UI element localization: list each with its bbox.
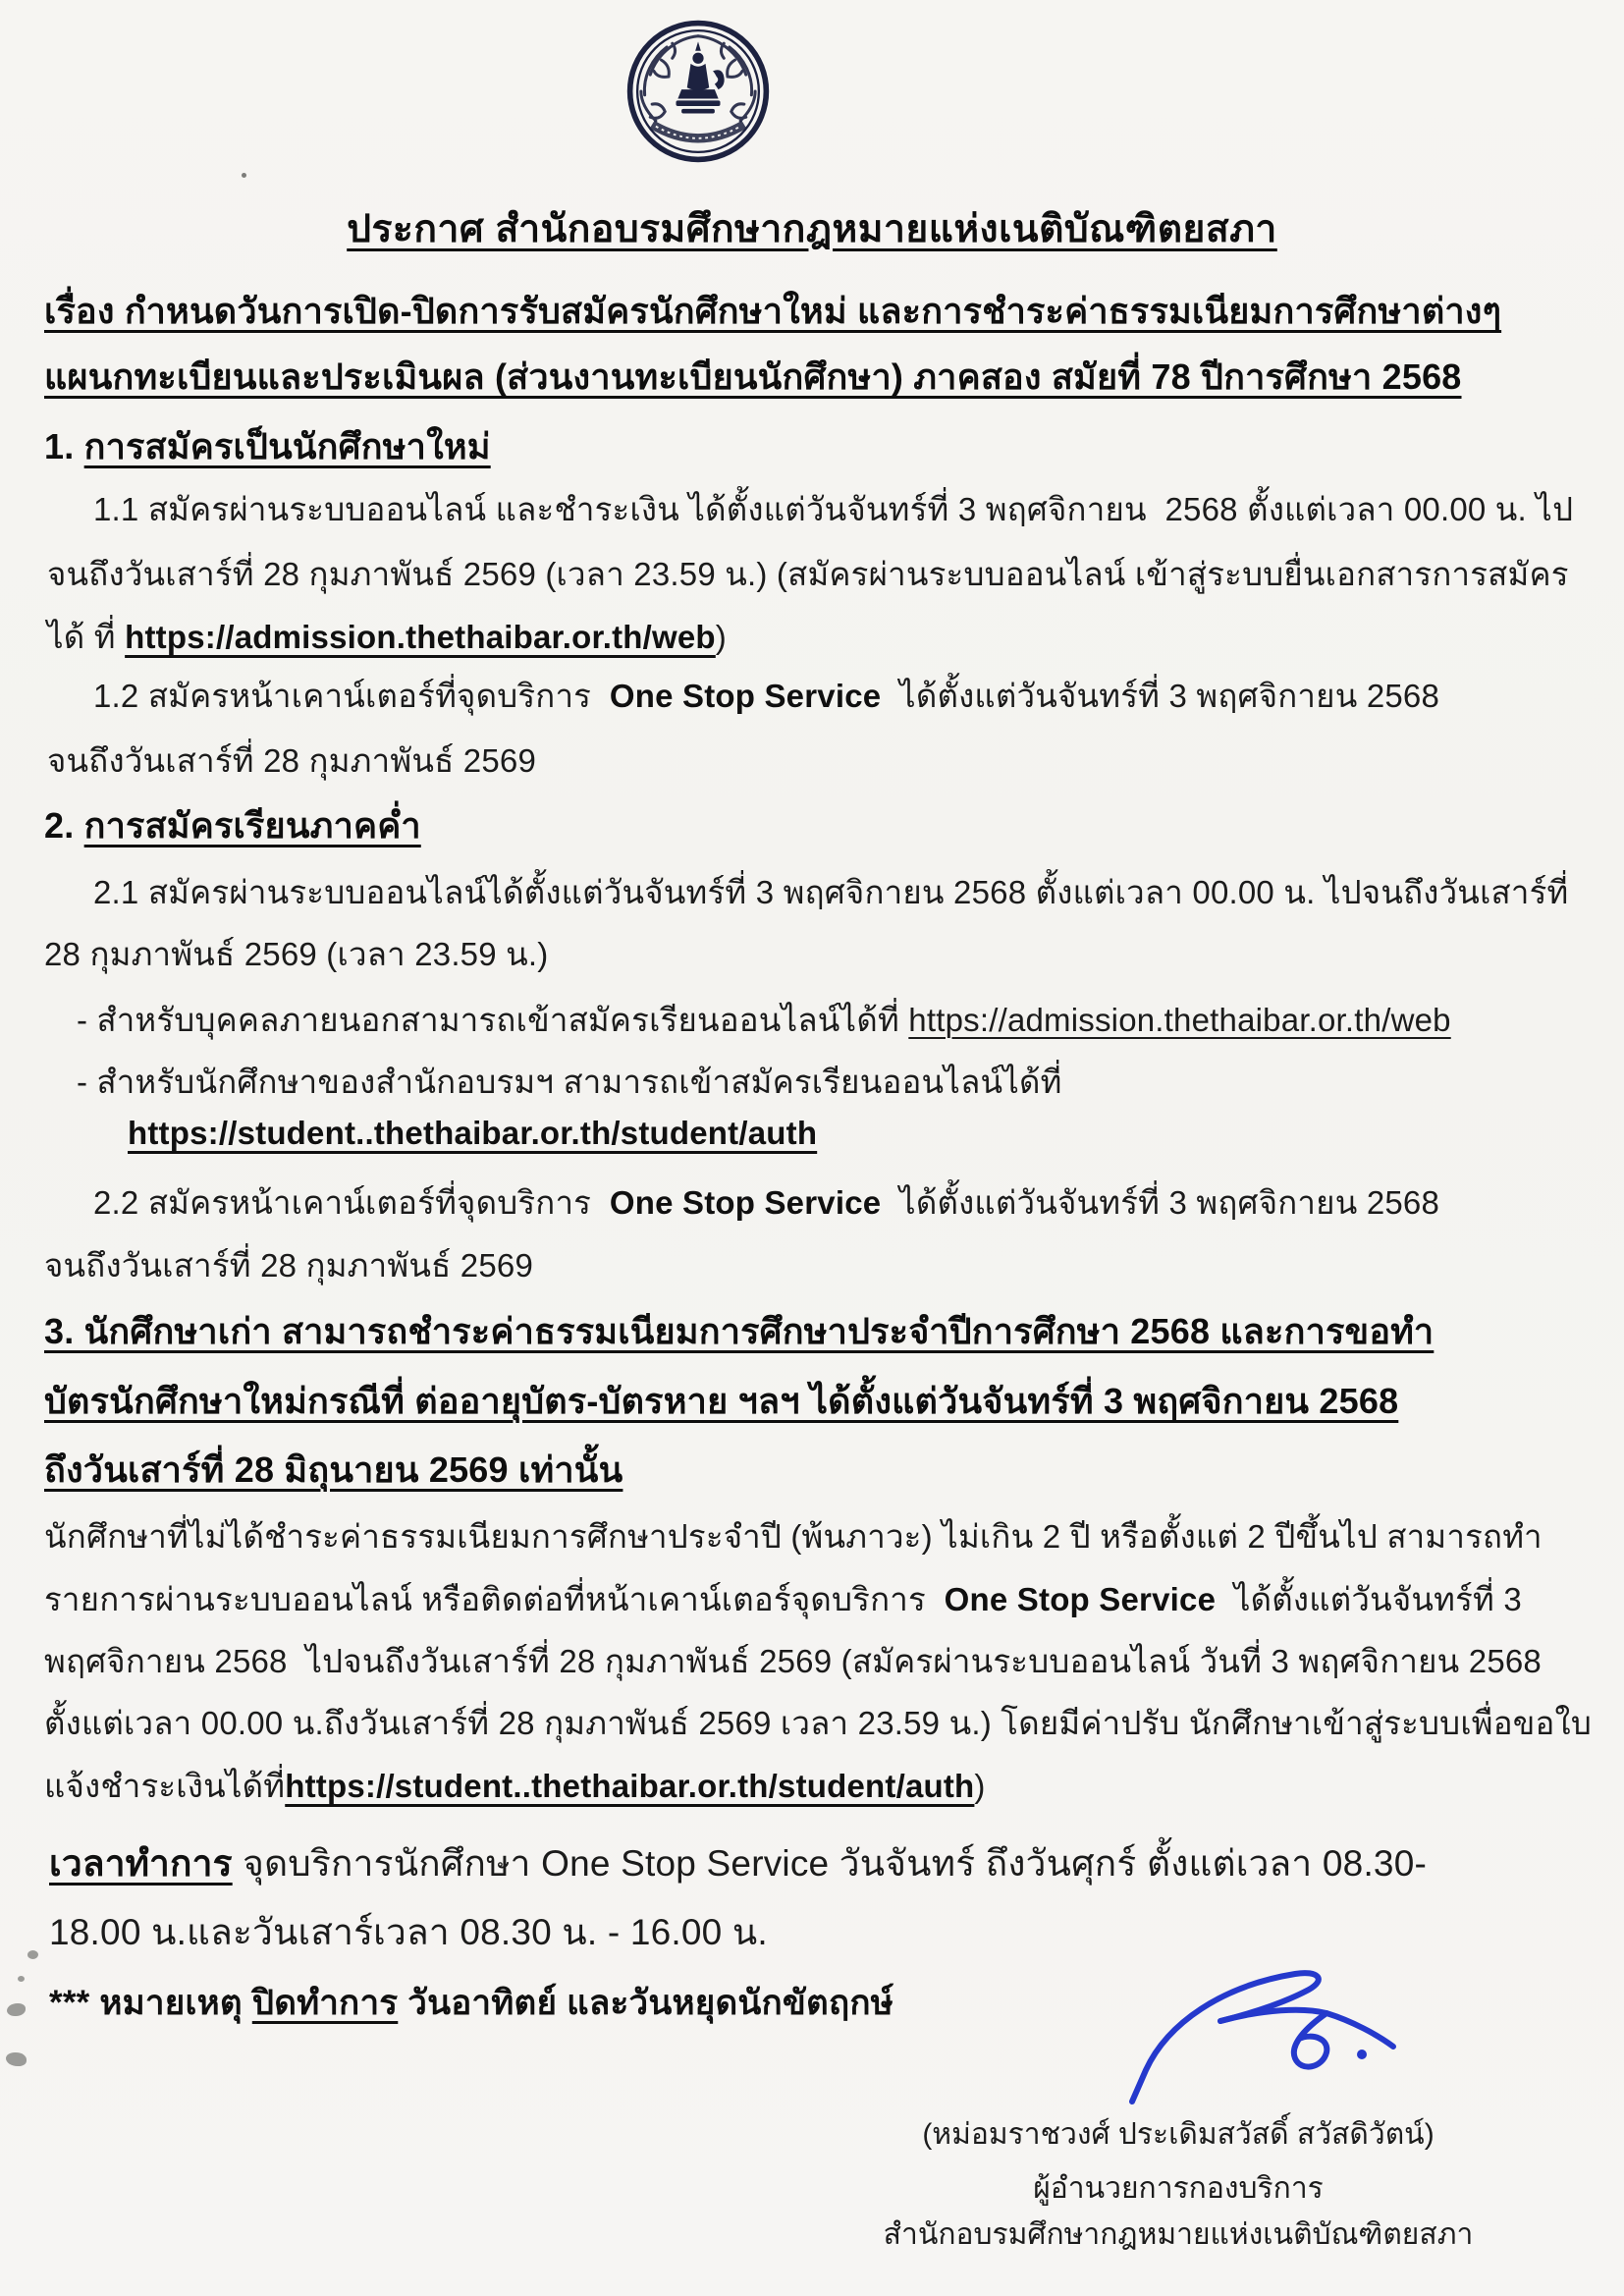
admission-url-link-2: https://admission.thethaibar.or.th/web bbox=[908, 1002, 1450, 1038]
fees-line-5-prefix: แจ้งชำระเงินได้ที่ bbox=[44, 1768, 285, 1804]
scanned-announcement-page: ประกาศ สำนักอบรมศึกษากฎหมายแห่งเนติบัณฑิ… bbox=[0, 0, 1624, 2296]
scan-speck bbox=[242, 173, 246, 178]
internal-student-line: - สำหรับนักศึกษาของสำนักอบรมฯ สามารถเข้า… bbox=[77, 1056, 1062, 1108]
clause-1-1-line-3-suffix: ) bbox=[716, 619, 727, 655]
announcement-title: ประกาศ สำนักอบรมศึกษากฎหมายแห่งเนติบัณฑิ… bbox=[0, 198, 1624, 259]
clause-1-2-line-1: 1.2 สมัครหน้าเคาน์เตอร์ที่จุดบริการ One … bbox=[93, 670, 1439, 722]
clause-2-2-prefix: 2.2 สมัครหน้าเคาน์เตอร์ที่จุดบริการ bbox=[93, 1184, 610, 1221]
clause-1-2-line-2: จนถึงวันเสาร์ที่ 28 กุมภาพันธ์ 2569 bbox=[47, 735, 536, 787]
signer-name: (หม่อมราชวงศ์ ประเดิมสวัสดิ์ สวัสดิวัตน์… bbox=[746, 2111, 1610, 2158]
fees-paragraph-line-2: รายการผ่านระบบออนไลน์ หรือติดต่อที่หน้าเ… bbox=[44, 1573, 1522, 1625]
clause-2-2-line-2: จนถึงวันเสาร์ที่ 28 กุมภาพันธ์ 2569 bbox=[44, 1239, 533, 1291]
subject-line-2: แผนกทะเบียนและประเมินผล (ส่วนงานทะเบียนน… bbox=[44, 349, 1462, 405]
clause-2-1-line-2: 28 กุมภาพันธ์ 2569 (เวลา 23.59 น.) bbox=[44, 928, 548, 980]
clause-2-2-rest: ได้ตั้งแต่วันจันทร์ที่ 3 พฤศจิกายน 2568 bbox=[881, 1184, 1439, 1221]
one-stop-service-label-2: One Stop Service bbox=[610, 1184, 881, 1221]
section-1-heading-text: การสมัครเป็นนักศึกษาใหม่ bbox=[84, 426, 491, 466]
subject-line-1: เรื่อง กำหนดวันการเปิด-ปิดการรับสมัครนัก… bbox=[44, 283, 1501, 339]
external-applicant-line: - สำหรับบุคคลภายนอกสามารถเข้าสมัครเรียนอ… bbox=[77, 994, 1451, 1046]
office-hours-label: เวลาทำการ bbox=[49, 1843, 233, 1884]
section-1-number: 1. bbox=[44, 426, 84, 466]
signer-role: ผู้อำนวยการกองบริการ bbox=[746, 2165, 1610, 2212]
clause-2-2-line-1: 2.2 สมัครหน้าเคาน์เตอร์ที่จุดบริการ One … bbox=[93, 1176, 1439, 1229]
one-stop-service-label-3: One Stop Service bbox=[945, 1581, 1216, 1617]
section-2-heading-text: การสมัครเรียนภาคค่ำ bbox=[84, 805, 421, 846]
fees-line-5-suffix: ) bbox=[974, 1768, 985, 1804]
note-label: *** หมายเหตุ bbox=[49, 1984, 252, 2022]
fees-paragraph-line-3: พฤศจิกายน 2568 ไปจนถึงวันเสาร์ที่ 28 กุม… bbox=[44, 1635, 1542, 1687]
admission-url-link: https://admission.thethaibar.or.th/web bbox=[125, 619, 716, 655]
office-hours-line-2: 18.00 น.และวันเสาร์เวลา 08.30 น. - 16.00… bbox=[49, 1903, 768, 1961]
thai-bar-association-seal-icon bbox=[624, 18, 772, 165]
handwritten-signature bbox=[1105, 1952, 1419, 2114]
section-3-line-2: บัตรนักศึกษาใหม่กรณีที่ ต่ออายุบัตร-บัตร… bbox=[44, 1373, 1398, 1429]
scan-speck bbox=[6, 2052, 27, 2066]
fees-paragraph-line-1: นักศึกษาที่ไม่ได้ชำระค่าธรรมเนียมการศึกษ… bbox=[44, 1510, 1543, 1562]
clause-1-1-line-3-prefix: ได้ ที่ bbox=[47, 619, 125, 655]
fees-paragraph-line-5: แจ้งชำระเงินได้ที่https://student..theth… bbox=[44, 1760, 986, 1812]
office-hours-text: จุดบริการนักศึกษา One Stop Service วันจั… bbox=[233, 1843, 1427, 1884]
student-url-link: https://student..thethaibar.or.th/studen… bbox=[128, 1115, 817, 1152]
clause-1-2-prefix: 1.2 สมัครหน้าเคาน์เตอร์ที่จุดบริการ bbox=[93, 678, 610, 714]
closed-days-note: *** หมายเหตุ ปิดทำการ วันอาทิตย์ และวันห… bbox=[49, 1976, 893, 2030]
clause-2-1-line-1: 2.1 สมัครผ่านระบบออนไลน์ได้ตั้งแต่วันจัน… bbox=[93, 866, 1569, 918]
clause-1-1-line-2: จนถึงวันเสาร์ที่ 28 กุมภาพันธ์ 2569 (เวล… bbox=[47, 548, 1569, 600]
fees-paragraph-line-4: ตั้งแต่เวลา 00.00 น.ถึงวันเสาร์ที่ 28 กุ… bbox=[44, 1697, 1592, 1749]
note-closed-label: ปิดทำการ bbox=[252, 1984, 399, 2022]
scan-speck bbox=[7, 2003, 26, 2016]
one-stop-service-label: One Stop Service bbox=[610, 678, 881, 714]
scan-speck bbox=[18, 1976, 25, 1982]
section-1-heading: 1. การสมัครเป็นนักศึกษาใหม่ bbox=[44, 418, 491, 474]
section-2-number: 2. bbox=[44, 805, 84, 846]
scan-speck bbox=[27, 1950, 38, 1959]
section-3-line-1: 3. นักศึกษาเก่า สามารถชำระค่าธรรมเนียมกา… bbox=[44, 1303, 1434, 1359]
clause-1-1-line-1: 1.1 สมัครผ่านระบบออนไลน์ และชำระเงิน ได้… bbox=[93, 483, 1573, 535]
clause-1-1-line-3: ได้ ที่ https://admission.thethaibar.or.… bbox=[47, 611, 727, 663]
external-applicant-text: - สำหรับบุคคลภายนอกสามารถเข้าสมัครเรียนอ… bbox=[77, 1002, 908, 1038]
section-3-line-3: ถึงวันเสาร์ที่ 28 มิถุนายน 2569 เท่านั้น bbox=[44, 1442, 623, 1498]
note-rest: วันอาทิตย์ และวันหยุดนักขัตฤกษ์ bbox=[398, 1984, 893, 2022]
fees-line-2-prefix: รายการผ่านระบบออนไลน์ หรือติดต่อที่หน้าเ… bbox=[44, 1581, 945, 1617]
section-2-heading: 2. การสมัครเรียนภาคค่ำ bbox=[44, 797, 421, 853]
signer-organization: สำนักอบรมศึกษากฎหมายแห่งเนติบัณฑิตยสภา bbox=[746, 2212, 1610, 2258]
fees-line-2-rest: ได้ตั้งแต่วันจันทร์ที่ 3 bbox=[1216, 1581, 1522, 1617]
clause-1-2-rest: ได้ตั้งแต่วันจันทร์ที่ 3 พฤศจิกายน 2568 bbox=[881, 678, 1439, 714]
office-hours-line-1: เวลาทำการ จุดบริการนักศึกษา One Stop Ser… bbox=[49, 1834, 1427, 1892]
student-url-link-2: https://student..thethaibar.or.th/studen… bbox=[285, 1768, 974, 1804]
